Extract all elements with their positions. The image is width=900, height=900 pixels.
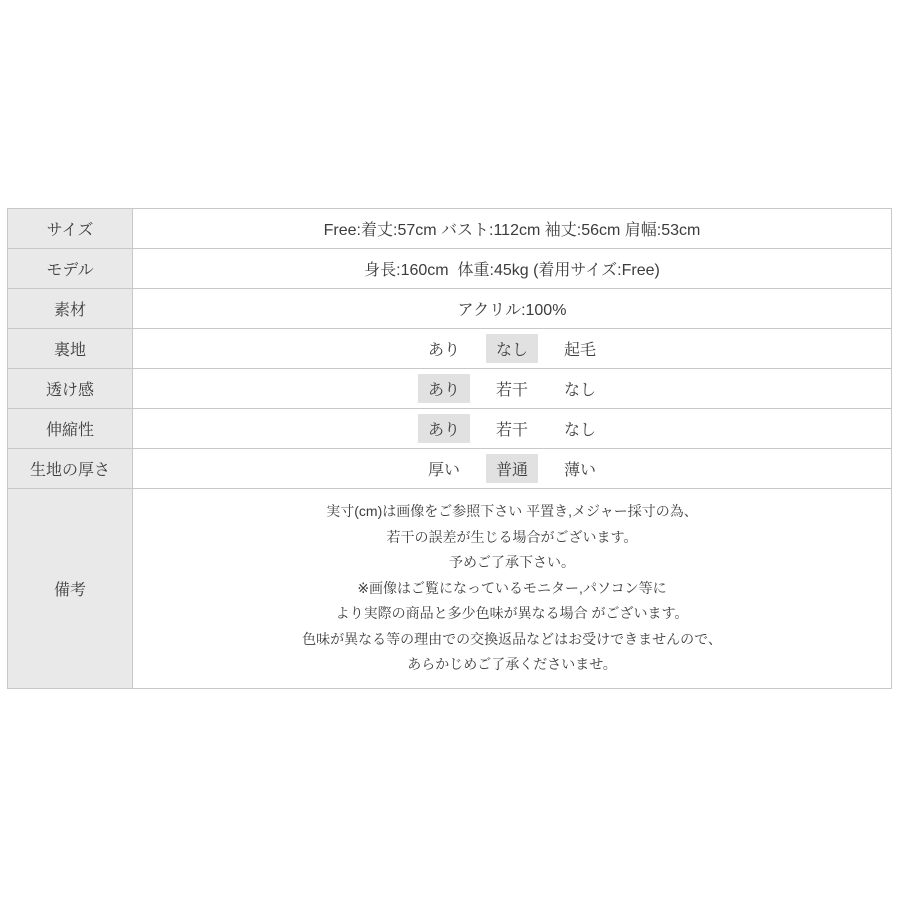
- thickness-option-futsuu-selected: 普通: [486, 454, 538, 483]
- remarks-line-7: あらかじめご了承くださいませ。: [407, 652, 617, 678]
- material-row-value: アクリル:100%: [133, 289, 891, 328]
- stretch-row-label: 伸縮性: [8, 409, 133, 448]
- sheerness-row-label: 透け感: [8, 369, 133, 408]
- model-row-value: 身長:160cm 体重:45kg (着用サイズ:Free): [133, 249, 891, 288]
- model-row-label: モデル: [8, 249, 133, 288]
- lining-row: 裏地 あり なし 起毛: [8, 329, 891, 369]
- thickness-option-usui: 薄い: [554, 454, 606, 483]
- size-row-label: サイズ: [8, 209, 133, 248]
- remarks-line-1: 実寸(cm)は画像をご参照下さい 平置き,メジャー採寸の為、: [326, 499, 697, 525]
- size-row: サイズ Free:着丈:57cm バスト:112cm 袖丈:56cm 肩幅:53…: [8, 209, 891, 249]
- material-row: 素材 アクリル:100%: [8, 289, 891, 329]
- size-row-value: Free:着丈:57cm バスト:112cm 袖丈:56cm 肩幅:53cm: [133, 209, 891, 248]
- sheerness-option-nashi: なし: [554, 374, 606, 403]
- material-row-label: 素材: [8, 289, 133, 328]
- product-spec-page: サイズ Free:着丈:57cm バスト:112cm 袖丈:56cm 肩幅:53…: [0, 0, 900, 900]
- stretch-options: あり 若干 なし: [133, 409, 891, 448]
- remarks-text-block: 実寸(cm)は画像をご参照下さい 平置き,メジャー採寸の為、 若干の誤差が生じる…: [133, 489, 891, 688]
- size-value-text: Free:着丈:57cm バスト:112cm 袖丈:56cm 肩幅:53cm: [324, 217, 701, 240]
- model-row: モデル 身長:160cm 体重:45kg (着用サイズ:Free): [8, 249, 891, 289]
- thickness-row-label: 生地の厚さ: [8, 449, 133, 488]
- sheerness-option-jakkan: 若干: [486, 374, 538, 403]
- remarks-row-label: 備考: [8, 489, 133, 688]
- material-value-text: アクリル:100%: [458, 297, 567, 320]
- lining-option-ari: あり: [418, 334, 470, 363]
- stretch-option-nashi: なし: [554, 414, 606, 443]
- remarks-line-5: より実際の商品と多少色味が異なる場合 がございます。: [336, 601, 689, 627]
- remarks-row: 備考 実寸(cm)は画像をご参照下さい 平置き,メジャー採寸の為、 若干の誤差が…: [8, 489, 891, 688]
- product-spec-table: サイズ Free:着丈:57cm バスト:112cm 袖丈:56cm 肩幅:53…: [7, 208, 892, 689]
- stretch-option-jakkan: 若干: [486, 414, 538, 443]
- lining-option-nashi-selected: なし: [486, 334, 538, 363]
- remarks-line-2: 若干の誤差が生じる場合がございます。: [387, 525, 638, 551]
- sheerness-row: 透け感 あり 若干 なし: [8, 369, 891, 409]
- lining-option-kimou: 起毛: [554, 334, 606, 363]
- stretch-row: 伸縮性 あり 若干 なし: [8, 409, 891, 449]
- remarks-line-4: ※画像はご覧になっているモニター,パソコン等に: [357, 576, 666, 602]
- thickness-options: 厚い 普通 薄い: [133, 449, 891, 488]
- model-value-text: 身長:160cm 体重:45kg (着用サイズ:Free): [364, 257, 660, 280]
- thickness-option-atsui: 厚い: [418, 454, 470, 483]
- remarks-line-3: 予めご了承下さい。: [449, 550, 575, 576]
- thickness-row: 生地の厚さ 厚い 普通 薄い: [8, 449, 891, 489]
- lining-options: あり なし 起毛: [133, 329, 891, 368]
- remarks-line-6: 色味が異なる等の理由での交換返品などはお受けできませんので、: [302, 627, 722, 653]
- lining-row-label: 裏地: [8, 329, 133, 368]
- stretch-option-ari-selected: あり: [418, 414, 470, 443]
- sheerness-options: あり 若干 なし: [133, 369, 891, 408]
- sheerness-option-ari-selected: あり: [418, 374, 470, 403]
